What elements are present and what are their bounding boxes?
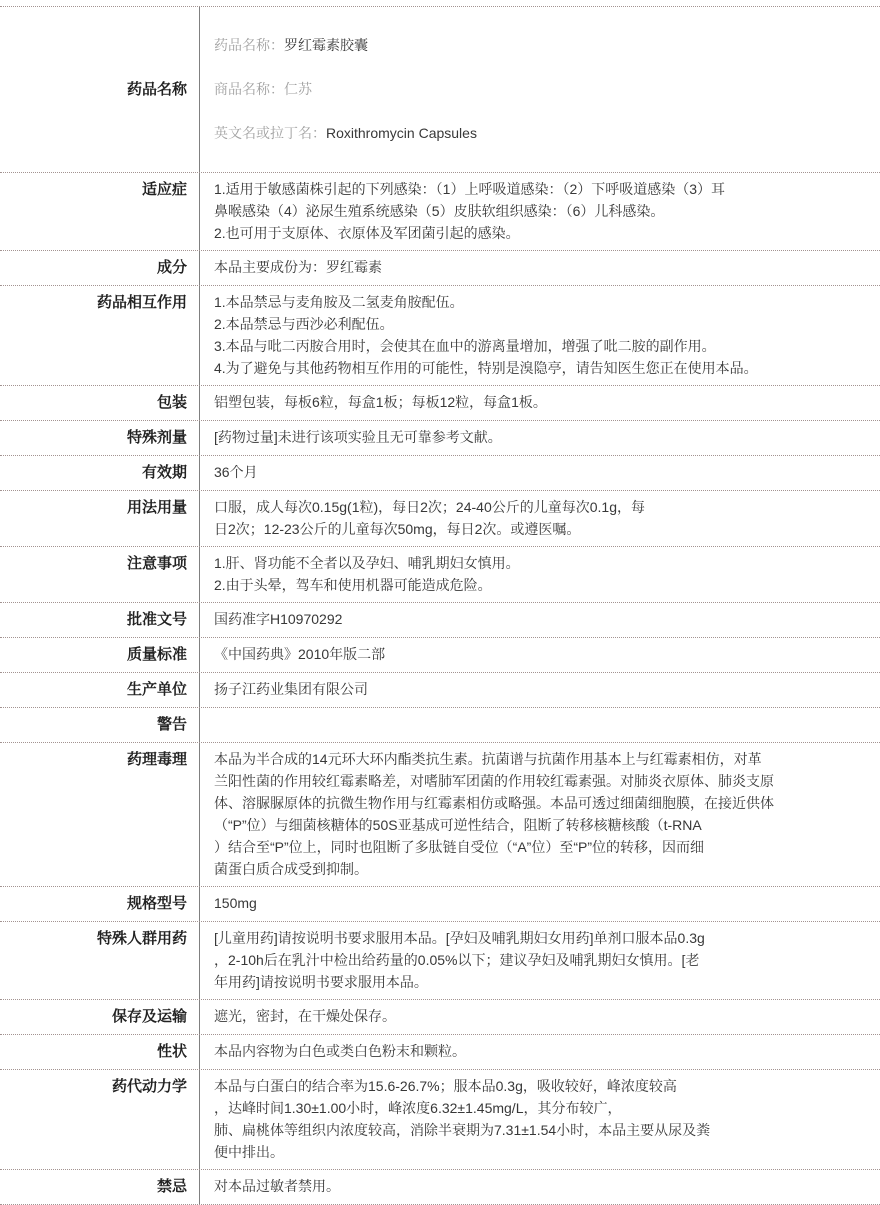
trade-name-line: 商品名称：仁苏 — [214, 78, 850, 100]
row-content: [药物过量]未进行该项实验且无可靠参考文献。 — [200, 421, 880, 455]
row-content: 《中国药典》2010年版二部 — [200, 638, 880, 672]
english-name-field-label: 英文名或拉丁名： — [214, 125, 326, 141]
row-pharmacokinetics: 药代动力学 本品与白蛋白的结合率为15.6-26.7%；服本品0.3g，吸收较好… — [0, 1070, 880, 1170]
row-content: 药品名称：罗红霉素胶囊 商品名称：仁苏 英文名或拉丁名：Roxithromyci… — [200, 7, 880, 172]
row-label: 药品相互作用 — [0, 286, 200, 385]
row-content: 150mg — [200, 887, 880, 921]
row-packaging: 包装 铝塑包装，每板6粒，每盒1板；每板12粒，每盒1板。 — [0, 386, 880, 421]
row-content: 对本品过敏者禁用。 — [200, 1170, 880, 1204]
row-label: 禁忌 — [0, 1170, 200, 1204]
row-content: 遮光，密封，在干燥处保存。 — [200, 1000, 880, 1034]
row-quality-standard: 质量标准 《中国药典》2010年版二部 — [0, 638, 880, 673]
row-content: 本品为半合成的14元环大环内酯类抗生素。抗菌谱与抗菌作用基本上与红霉素相仿，对革… — [200, 743, 880, 886]
row-dosage-usage: 用法用量 口服，成人每次0.15g(1粒)，每日2次；24-40公斤的儿童每次0… — [0, 491, 880, 547]
row-label: 警告 — [0, 708, 200, 742]
row-ingredients: 成分 本品主要成份为：罗红霉素 — [0, 251, 880, 286]
row-content: 本品主要成份为：罗红霉素 — [200, 251, 880, 285]
row-label: 药理毒理 — [0, 743, 200, 886]
row-content: [儿童用药]请按说明书要求服用本品。[孕妇及哺乳期妇女用药]单剂口服本品0.3g… — [200, 922, 880, 999]
row-content — [200, 708, 880, 742]
row-content: 扬子江药业集团有限公司 — [200, 673, 880, 707]
drug-info-table: 药品名称 药品名称：罗红霉素胶囊 商品名称：仁苏 英文名或拉丁名：Roxithr… — [0, 6, 880, 1205]
row-manufacturer: 生产单位 扬子江药业集团有限公司 — [0, 673, 880, 708]
row-label: 生产单位 — [0, 673, 200, 707]
row-content: 口服，成人每次0.15g(1粒)，每日2次；24-40公斤的儿童每次0.1g，每… — [200, 491, 880, 546]
row-label: 性状 — [0, 1035, 200, 1069]
row-label: 包装 — [0, 386, 200, 420]
row-label: 注意事项 — [0, 547, 200, 602]
row-warning: 警告 — [0, 708, 880, 743]
row-content: 本品与白蛋白的结合率为15.6-26.7%；服本品0.3g，吸收较好，峰浓度较高… — [200, 1070, 880, 1169]
row-label: 适应症 — [0, 173, 200, 250]
row-content: 1.肝、肾功能不全者以及孕妇、哺乳期妇女慎用。 2.由于头晕，驾车和使用机器可能… — [200, 547, 880, 602]
row-label: 批准文号 — [0, 603, 200, 637]
row-pharmacology-toxicology: 药理毒理 本品为半合成的14元环大环内酯类抗生素。抗菌谱与抗菌作用基本上与红霉素… — [0, 743, 880, 887]
row-storage-transport: 保存及运输 遮光，密封，在干燥处保存。 — [0, 1000, 880, 1035]
row-content: 1.适用于敏感菌株引起的下列感染：（1）上呼吸道感染：（2）下呼吸道感染（3）耳… — [200, 173, 880, 250]
row-content: 铝塑包装，每板6粒，每盒1板；每板12粒，每盒1板。 — [200, 386, 880, 420]
row-label: 药代动力学 — [0, 1070, 200, 1169]
row-label: 规格型号 — [0, 887, 200, 921]
row-label: 质量标准 — [0, 638, 200, 672]
row-label: 特殊人群用药 — [0, 922, 200, 999]
drug-name-line: 药品名称：罗红霉素胶囊 — [214, 34, 850, 56]
row-label: 用法用量 — [0, 491, 200, 546]
row-label: 有效期 — [0, 456, 200, 490]
row-content: 36个月 — [200, 456, 880, 490]
row-drug-interactions: 药品相互作用 1.本品禁忌与麦角胺及二氢麦角胺配伍。 2.本品禁忌与西沙必利配伍… — [0, 286, 880, 386]
row-drug-name: 药品名称 药品名称：罗红霉素胶囊 商品名称：仁苏 英文名或拉丁名：Roxithr… — [0, 7, 880, 173]
row-shelf-life: 有效期 36个月 — [0, 456, 880, 491]
english-name-line: 英文名或拉丁名：Roxithromycin Capsules — [214, 122, 850, 144]
row-label: 特殊剂量 — [0, 421, 200, 455]
row-description: 性状 本品内容物为白色或类白色粉末和颗粒。 — [0, 1035, 880, 1070]
row-specification: 规格型号 150mg — [0, 887, 880, 922]
drug-name-field-label: 药品名称： — [214, 37, 284, 53]
trade-name-field-label: 商品名称： — [214, 81, 284, 97]
row-content: 国药准字H10970292 — [200, 603, 880, 637]
english-name-field-value: Roxithromycin Capsules — [326, 125, 477, 141]
row-label: 保存及运输 — [0, 1000, 200, 1034]
row-label: 成分 — [0, 251, 200, 285]
row-special-populations: 特殊人群用药 [儿童用药]请按说明书要求服用本品。[孕妇及哺乳期妇女用药]单剂口… — [0, 922, 880, 1000]
row-special-dosage: 特殊剂量 [药物过量]未进行该项实验且无可靠参考文献。 — [0, 421, 880, 456]
row-content: 本品内容物为白色或类白色粉末和颗粒。 — [200, 1035, 880, 1069]
row-content: 1.本品禁忌与麦角胺及二氢麦角胺配伍。 2.本品禁忌与西沙必利配伍。 3.本品与… — [200, 286, 880, 385]
row-indications: 适应症 1.适用于敏感菌株引起的下列感染：（1）上呼吸道感染：（2）下呼吸道感染… — [0, 173, 880, 251]
row-precautions: 注意事项 1.肝、肾功能不全者以及孕妇、哺乳期妇女慎用。 2.由于头晕，驾车和使… — [0, 547, 880, 603]
drug-name-field-value: 罗红霉素胶囊 — [284, 37, 368, 53]
row-label: 药品名称 — [0, 7, 200, 172]
row-contraindications: 禁忌 对本品过敏者禁用。 — [0, 1170, 880, 1205]
row-approval-number: 批准文号 国药准字H10970292 — [0, 603, 880, 638]
trade-name-field-value: 仁苏 — [284, 81, 312, 97]
